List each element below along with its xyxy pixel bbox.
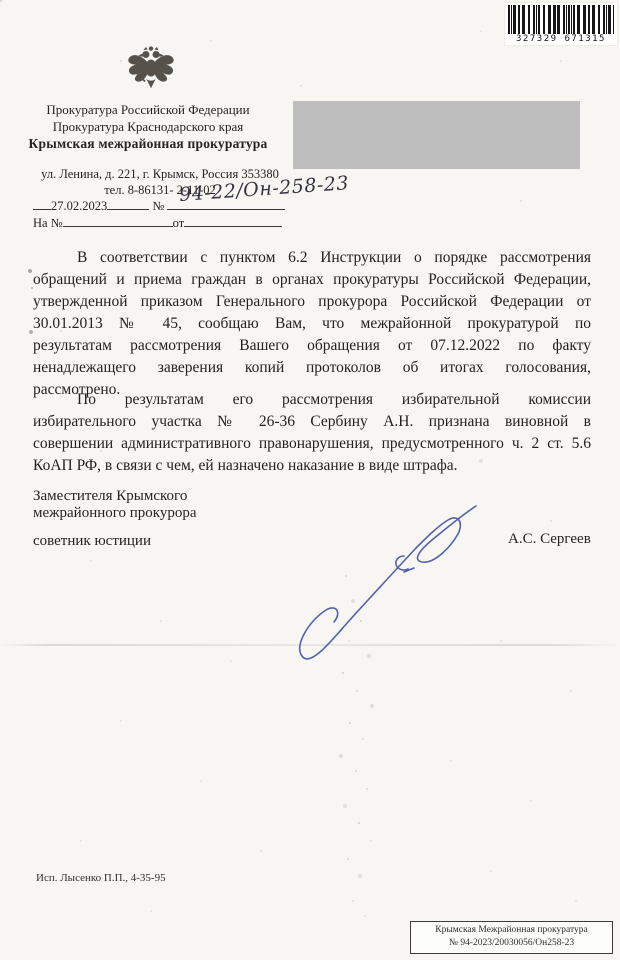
barcode-digits: 327329 671315 (505, 34, 617, 44)
paragraph-line: В соответствии с пунктом 6.2 Инструкции … (33, 247, 591, 269)
paragraph-line: результатам рассмотрения Вашего обращени… (33, 335, 591, 357)
signer-rank: советник юстиции (33, 533, 151, 550)
registration-barcode: 327329 671315 (505, 3, 617, 45)
signer-name: А.С. Сергеев (508, 531, 591, 548)
scan-noise-speckles (0, 0, 2, 2)
underline (63, 214, 173, 227)
from-label: от (173, 216, 185, 230)
paragraph-line: утвержденной приказом Генерального проку… (33, 291, 591, 313)
signer-position-line2: межрайонного прокурора (33, 505, 197, 522)
incoming-reference-row: На №от (33, 214, 282, 231)
letter-date: 27.02.2023 (51, 199, 107, 213)
paragraph-line: совершении административного правонаруше… (33, 433, 591, 455)
executor-note: Исп. Лысенко П.П., 4-35-95 (36, 872, 166, 884)
number-sign: № (152, 199, 164, 213)
underline (33, 197, 51, 210)
paragraph-line: По результатам его рассмотрения избирате… (33, 389, 591, 411)
letterhead-org-prosecutor-office: Крымская межрайонная прокуратура (15, 136, 281, 151)
paragraph-line: избирательного участка № 26-36 Сербину А… (33, 411, 591, 433)
handwritten-signature (292, 498, 492, 688)
barcode-bars (508, 5, 614, 36)
signer-position-line1: Заместителя Крымского (33, 488, 187, 505)
redacted-addressee-box (293, 101, 580, 169)
letterhead-org-federation: Прокуратура Российской Федерации (15, 102, 281, 117)
registration-stamp: Крымская Межрайонная прокуратура № 94-20… (410, 921, 613, 954)
body-paragraph-1: В соответствии с пунктом 6.2 Инструкции … (33, 247, 591, 401)
underline (107, 197, 149, 210)
underline (184, 214, 282, 227)
scanned-letter-page: { "barcode": { "digits": "327329 671315"… (0, 0, 620, 960)
russian-coat-of-arms-icon (124, 44, 178, 92)
body-paragraph-2: По результатам его рассмотрения избирате… (33, 389, 591, 477)
paragraph-line: КоАП РФ, в связи с чем, ей назначено нак… (33, 455, 591, 477)
paragraph-line: обращений и приема граждан в органах про… (33, 269, 591, 291)
paragraph-line: ненадлежащего заверения копий протоколов… (33, 357, 591, 379)
incoming-ref-label: На № (33, 216, 63, 230)
stamp-registration-number: № 94-2023/20030056/Он258-23 (411, 937, 612, 949)
paragraph-line: 30.01.2013 № 45, сообщаю Вам, что межрай… (33, 313, 591, 335)
stamp-office-name: Крымская Межрайонная прокуратура (411, 924, 612, 937)
letterhead-org-krai: Прокуратура Краснодарского края (15, 119, 281, 134)
